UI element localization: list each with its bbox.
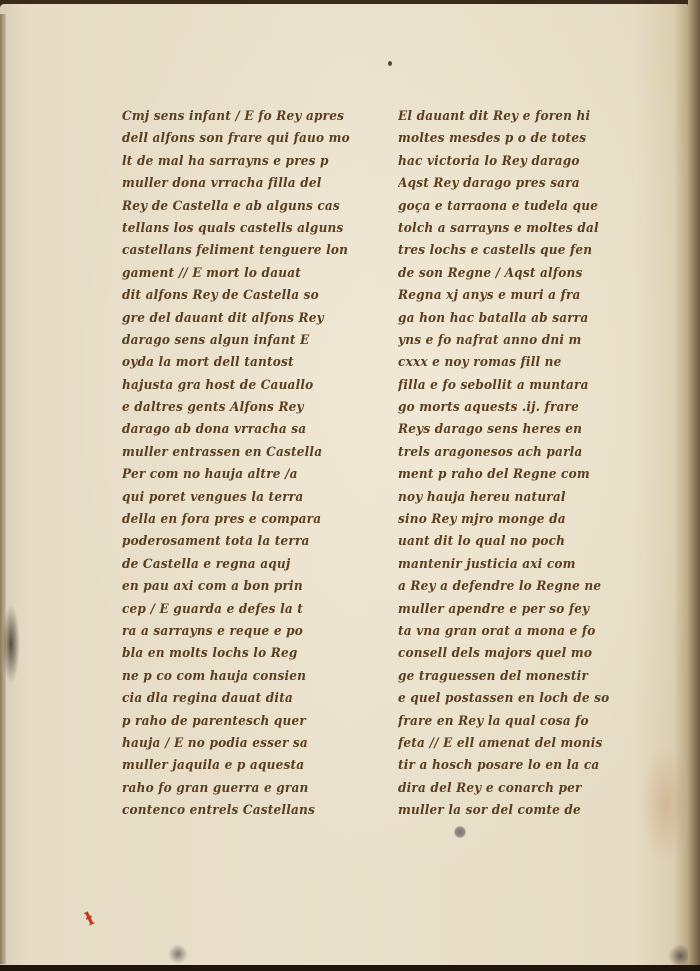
text-line: dell alfons son frare qui fauo mo	[122, 127, 352, 149]
text-line: de son Regne / Aqst alfons	[398, 262, 628, 284]
text-line: Per com no hauja altre /a	[122, 463, 352, 485]
text-line: ne p co com hauja consien	[122, 665, 352, 687]
text-line: go morts aquests .ij. frare	[398, 396, 628, 418]
text-line: sino Rey mjro monge da	[398, 508, 628, 530]
text-line: en pau axi com a bon prin	[122, 575, 352, 597]
text-line: gament // E mort lo dauat	[122, 262, 352, 284]
text-line: tellans los quals castells alguns	[122, 217, 352, 239]
text-line: de Castella e regna aquj	[122, 553, 352, 575]
text-line: hauja / E no podia esser sa	[122, 732, 352, 754]
text-line: Regna xj anys e muri a fra	[398, 284, 628, 306]
text-line: p raho de parentesch quer	[122, 710, 352, 732]
text-line: Aqst Rey darago pres sara	[398, 172, 628, 194]
text-line: cep / E guarda e defes la t	[122, 598, 352, 620]
text-line: lt de mal ha sarrayns e pres p	[122, 150, 352, 172]
text-line: Rey de Castella e ab alguns cas	[122, 195, 352, 217]
text-line: gre del dauant dit alfons Rey	[122, 307, 352, 329]
text-line: e daltres gents Alfons Rey	[122, 396, 352, 418]
speck-mark	[388, 61, 392, 66]
text-line: della en fora pres e compara	[122, 508, 352, 530]
text-line: El dauant dit Rey e foren hi	[398, 105, 628, 127]
smudge-mark	[168, 944, 188, 964]
text-line: raho fo gran guerra e gran	[122, 777, 352, 799]
text-line: muller la sor del comte de	[398, 799, 628, 821]
text-line: contenco entrels Castellans	[122, 799, 352, 821]
text-line: a Rey a defendre lo Regne ne	[398, 575, 628, 597]
text-line: castellans feliment tenguere lon	[122, 239, 352, 261]
text-line: yns e fo nafrat anno dni m	[398, 329, 628, 351]
page-left-edge	[0, 14, 6, 964]
text-line: muller entrassen en Castella	[122, 441, 352, 463]
text-line: cxxx e noy romas fill ne	[398, 351, 628, 373]
text-line: qui poret vengues la terra	[122, 486, 352, 508]
text-line: muller apendre e per so fey	[398, 598, 628, 620]
text-line: oyda la mort dell tantost	[122, 351, 352, 373]
text-line: consell dels majors quel mo	[398, 642, 628, 664]
text-line: tres lochs e castells que fen	[398, 239, 628, 261]
foxing-stain	[640, 744, 690, 864]
text-line: moltes mesdes p o de totes	[398, 127, 628, 149]
text-line: hac victoria lo Rey darago	[398, 150, 628, 172]
text-line: dira del Rey e conarch per	[398, 777, 628, 799]
text-line: e quel postassen en loch de so	[398, 687, 628, 709]
text-line: ment p raho del Regne com	[398, 463, 628, 485]
text-line: ga hon hac batalla ab sarra	[398, 307, 628, 329]
text-line: Cmj sens infant / E fo Rey apres	[122, 105, 352, 127]
text-line: frare en Rey la qual cosa fo	[398, 710, 628, 732]
text-line: hajusta gra host de Cauallo	[122, 374, 352, 396]
text-line: trels aragonesos ach parla	[398, 441, 628, 463]
text-line: ge traguessen del monestir	[398, 665, 628, 687]
text-line: muller dona vrracha filla del	[122, 172, 352, 194]
text-line: ra a sarrayns e reque e po	[122, 620, 352, 642]
red-folio-mark: ɫ	[82, 908, 98, 930]
text-line: tolch a sarrayns e moltes dal	[398, 217, 628, 239]
library-stamp-dot	[454, 826, 466, 838]
text-line: darago sens algun infant E	[122, 329, 352, 351]
text-line: darago ab dona vrracha sa	[122, 418, 352, 440]
text-line: tir a hosch posare lo en la ca	[398, 754, 628, 776]
manuscript-page: Cmj sens infant / E fo Rey apres dell al…	[0, 4, 688, 966]
text-line: poderosament tota la terra	[122, 530, 352, 552]
text-line: ta vna gran orat a mona e fo	[398, 620, 628, 642]
text-line: goça e tarraona e tudela que	[398, 195, 628, 217]
text-line: dit alfons Rey de Castella so	[122, 284, 352, 306]
text-column-right: El dauant dit Rey e foren hi moltes mesd…	[398, 105, 638, 822]
text-line: cia dla regina dauat dita	[122, 687, 352, 709]
text-line: Reys darago sens heres en	[398, 418, 628, 440]
text-column-left: Cmj sens infant / E fo Rey apres dell al…	[122, 105, 362, 822]
text-line: bla en molts lochs lo Reg	[122, 642, 352, 664]
text-line: filla e fo sebollit a muntara	[398, 374, 628, 396]
text-line: feta // E ell amenat del monis	[398, 732, 628, 754]
text-line: muller jaquila e p aquesta	[122, 754, 352, 776]
text-line: uant dit lo qual no poch	[398, 530, 628, 552]
binding-bottom-edge	[0, 965, 700, 971]
ink-stain-left-margin	[2, 604, 20, 684]
text-line: noy hauja hereu natural	[398, 486, 628, 508]
text-line: mantenir justicia axi com	[398, 553, 628, 575]
binding-right-edge	[688, 0, 700, 971]
